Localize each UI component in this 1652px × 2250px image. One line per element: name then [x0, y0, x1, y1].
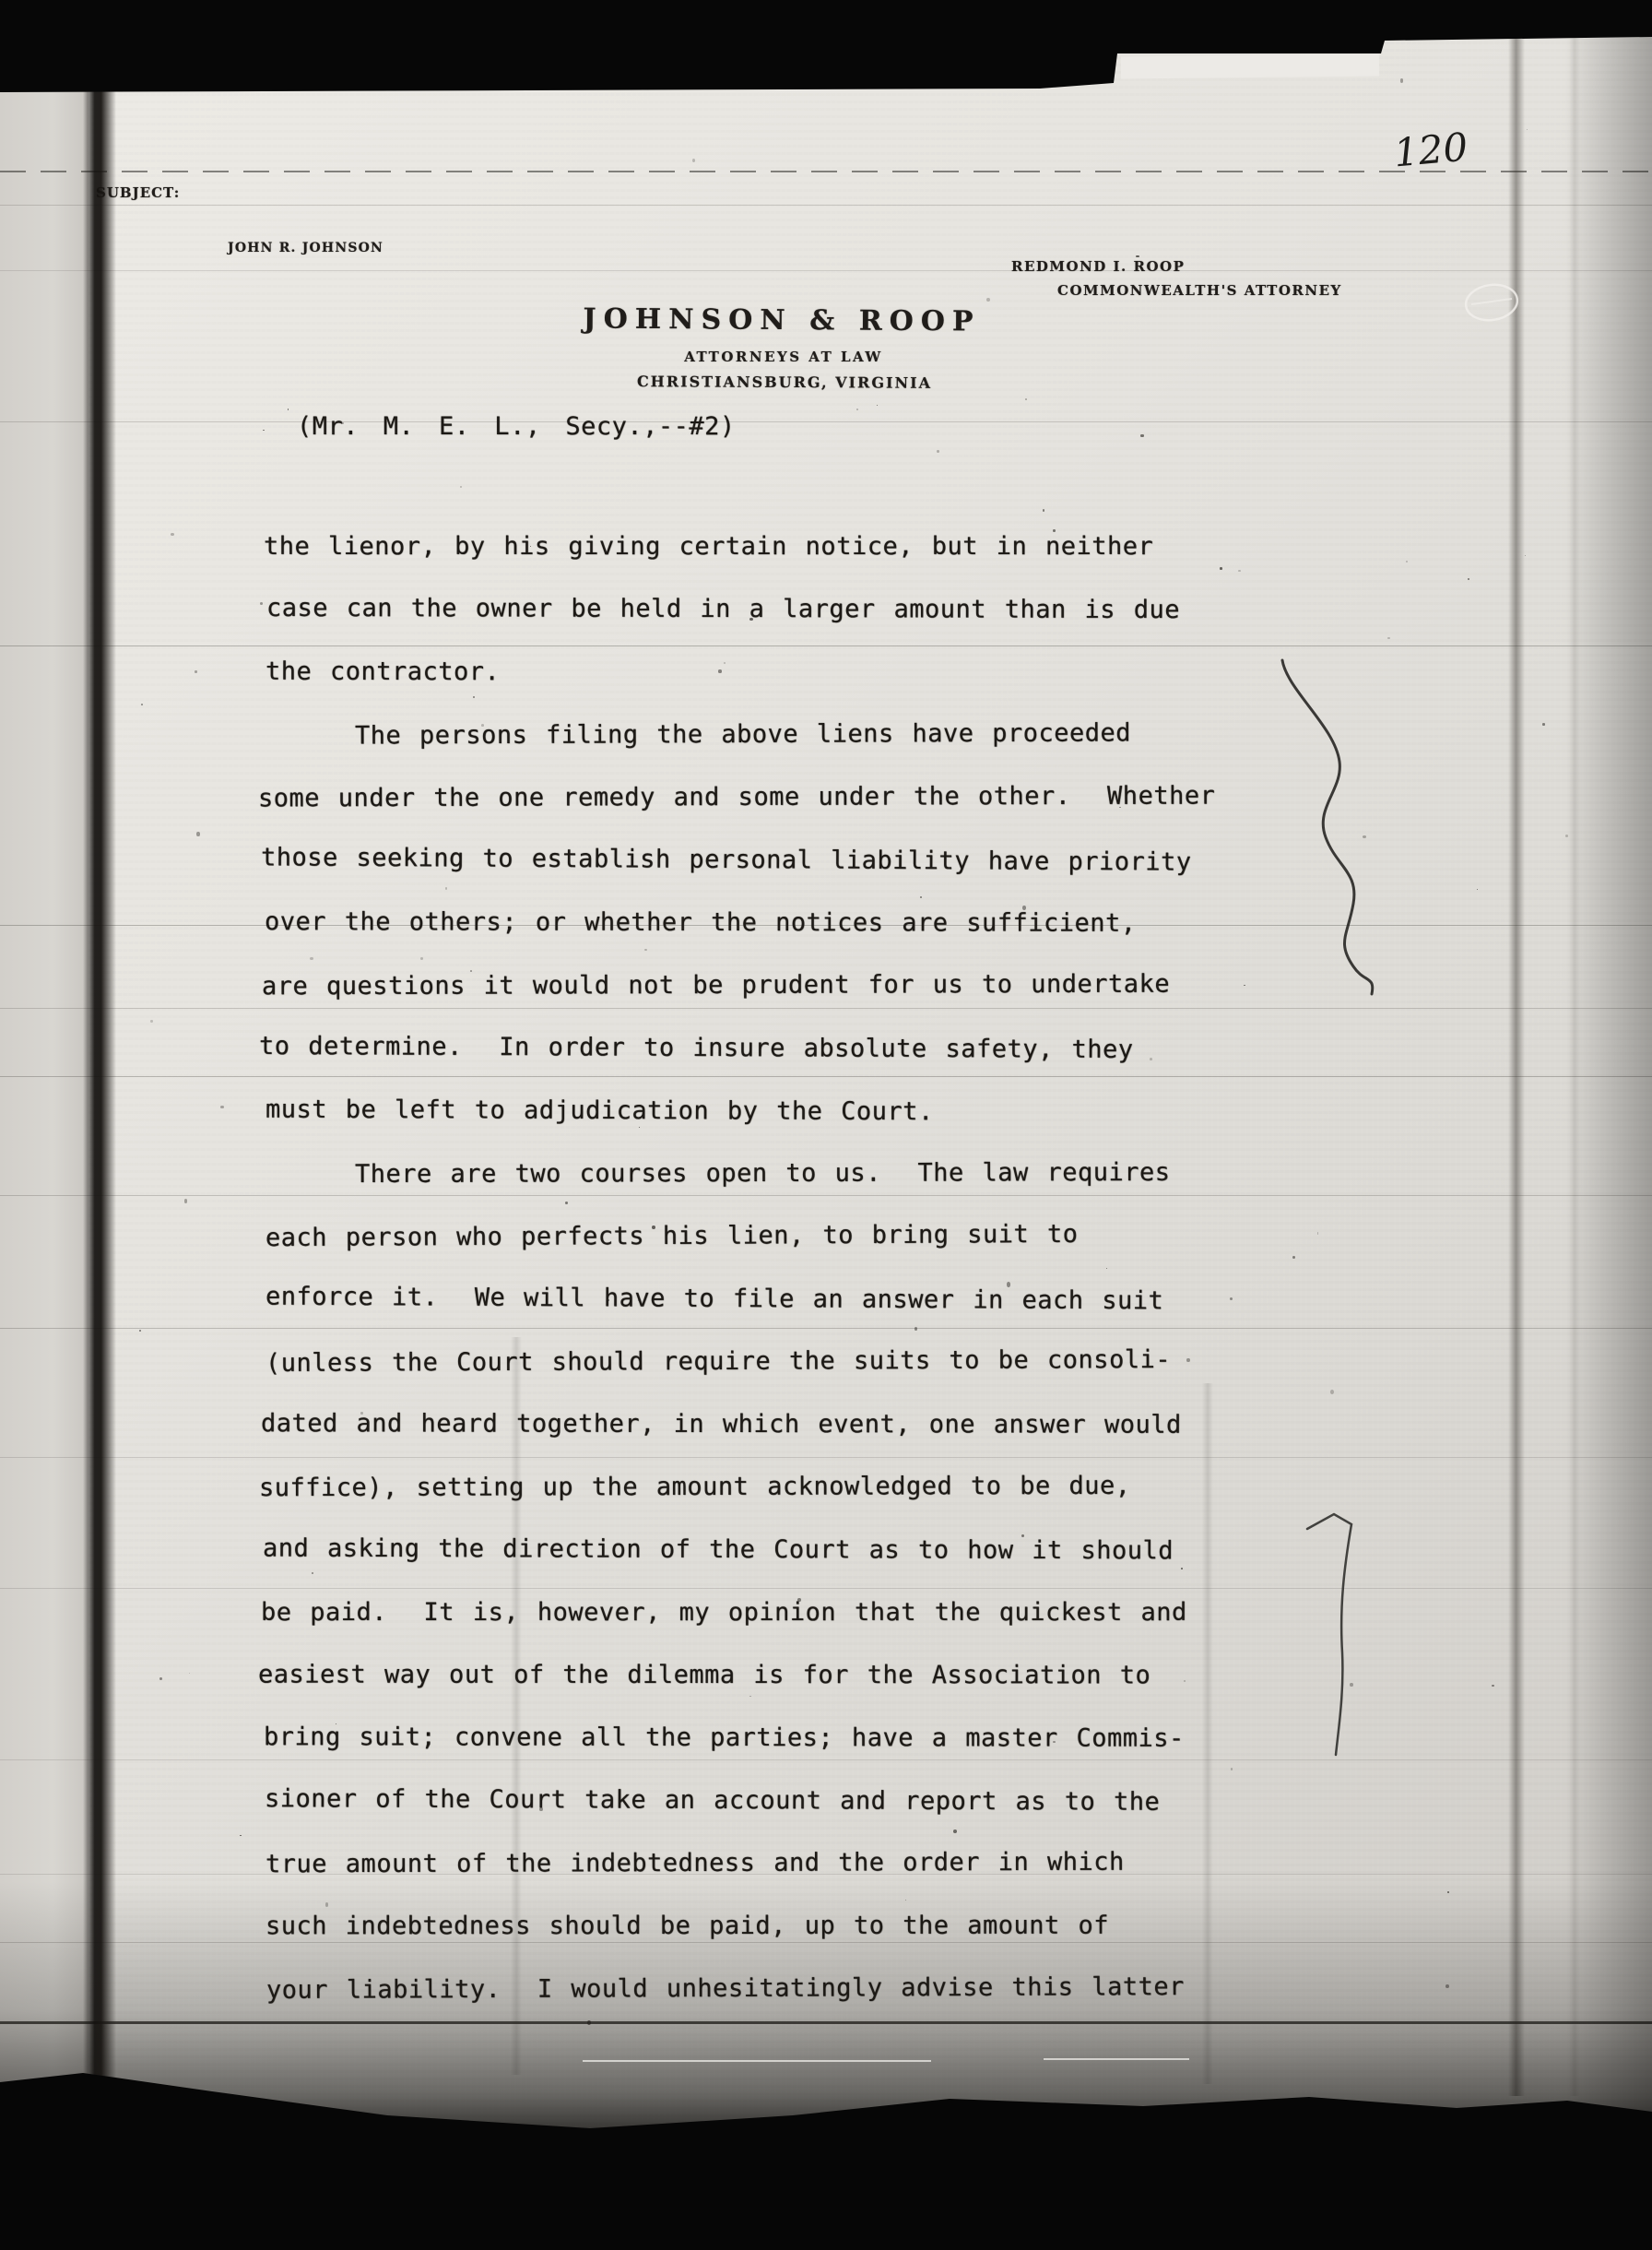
letterhead-right-name: REDMOND I. ROOP [1011, 258, 1185, 275]
scratch-line-2 [1044, 2058, 1189, 2060]
letter-line: There are two courses open to us. The la… [355, 1158, 1171, 1189]
letter-line: over the others; or whether the notices … [265, 907, 1137, 938]
rule-line [0, 1008, 1652, 1009]
letter-line: be paid. It is, however, my opinion that… [261, 1598, 1187, 1627]
letter-line: are questions it would not be prudent fo… [262, 970, 1170, 1001]
letterhead-left-name: JOHN R. JOHNSON [228, 241, 383, 255]
rule-line [0, 1328, 1652, 1329]
rule-line [0, 421, 1652, 422]
letter-line: the lienor, by his giving certain notice… [264, 532, 1153, 561]
binding-gutter-shadow [83, 51, 116, 2144]
adjacent-page-edge [0, 55, 88, 2130]
letter-line: (unless the Court should require the sui… [265, 1345, 1171, 1378]
letter-line: case can the owner be held in a larger a… [266, 594, 1180, 624]
rule-line [0, 205, 1652, 206]
paper-edge-sliver [1121, 54, 1379, 79]
letter-line: The persons filing the above liens have … [355, 718, 1131, 750]
firm-location: CHRISTIANSBURG, VIRGINIA [637, 373, 932, 392]
handwritten-page-number: 120 [1392, 124, 1469, 176]
firm-subtitle: ATTORNEYS AT LAW [684, 349, 883, 365]
letter-line: dated and heard together, in which event… [261, 1409, 1182, 1439]
letter-line: true amount of the indebtedness and the … [265, 1848, 1125, 1879]
reference-line: (Mr. M. E. L., Secy.,--#2) [297, 412, 736, 441]
letter-line: sioner of the Court take an account and … [265, 1784, 1160, 1817]
rule-line [0, 270, 1652, 271]
letter-line: your liability. I would unhesitatingly a… [266, 1972, 1185, 2005]
letter-line: enforce it. We will have to file an answ… [265, 1283, 1163, 1316]
letter-line: must be left to adjudication by the Cour… [265, 1095, 934, 1127]
letter-line: such indebtedness should be paid, up to … [265, 1912, 1109, 1941]
letterhead-right-title: COMMONWEALTH'S ATTORNEY [1057, 282, 1342, 299]
letter-line: those seeking to establish personal liab… [261, 843, 1192, 876]
scanned-letter-page: SUBJECT: JOHN R. JOHNSON REDMOND I. ROOP… [0, 0, 1652, 2250]
vertical-fold-crease [1508, 26, 1525, 2096]
firm-name: JOHNSON & ROOP [583, 302, 980, 337]
letter-line: the contractor. [265, 657, 500, 686]
rule-line [0, 1195, 1652, 1196]
letter-line: bring suit; convene all the parties; hav… [264, 1723, 1185, 1753]
letter-line: each person who perfects his lien, to br… [265, 1220, 1079, 1252]
scratch-line-1 [583, 2060, 931, 2062]
letter-line: suffice), setting up the amount acknowle… [259, 1472, 1131, 1502]
rule-line [0, 645, 1652, 646]
letter-line: some under the one remedy and some under… [258, 782, 1215, 813]
letter-line: to determine. In order to insure absolut… [259, 1032, 1134, 1064]
letter-line: and asking the direction of the Court as… [263, 1534, 1174, 1566]
rule-line [0, 1076, 1652, 1077]
rule-line [0, 1759, 1652, 1760]
rule-line [0, 1457, 1652, 1458]
letter-line: easiest way out of the dilemma is for th… [258, 1661, 1150, 1690]
rule-line [0, 1588, 1652, 1589]
